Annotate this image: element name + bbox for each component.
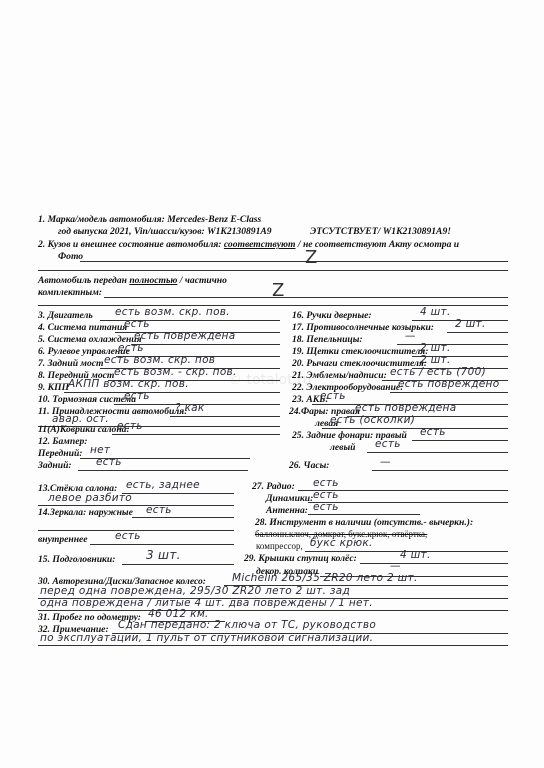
item-value[interactable]: есть повреждена	[134, 331, 235, 342]
tools-value[interactable]: букс крюк.	[310, 538, 373, 549]
windows-value-2[interactable]: левое разбито	[48, 493, 132, 504]
item-value[interactable]: АКПП возм. скр. пов.	[68, 379, 189, 390]
item-value[interactable]: есть возм. скр. пов	[104, 355, 215, 366]
mirrors-label: 14.Зеркала: наружные	[38, 507, 133, 518]
item-value[interactable]: есть возм. - скр. пов.	[114, 367, 237, 378]
item-value[interactable]: 4 шт.	[420, 307, 451, 318]
item-value[interactable]: есть повреждено	[398, 379, 499, 390]
item-value[interactable]: есть	[124, 391, 150, 402]
body-condition-selected: соответствуют	[224, 239, 296, 250]
hubcaps-label: 29. Крышки ступиц колёс:	[244, 553, 357, 564]
speakers-label: Динамики:	[266, 493, 313, 504]
item-label: 12. Бампер:	[38, 436, 87, 447]
item-label: 21. Эмблемы/надписи:	[292, 370, 387, 381]
headrests-value[interactable]: 3 шт.	[146, 550, 181, 561]
item-value[interactable]: есть / есть (700)	[390, 367, 486, 378]
radio-value[interactable]: есть	[313, 478, 339, 489]
field-line	[38, 610, 508, 611]
item-label: Передний:	[38, 448, 83, 459]
item-value[interactable]: 2 шт.	[420, 355, 451, 366]
mirror-inner-value[interactable]: есть	[115, 531, 141, 542]
item-label: 16. Ручки дверные:	[292, 310, 372, 321]
field-line	[122, 493, 234, 494]
tires-value-1[interactable]: Michelin 265/35 ZR20 лето 2 шт.	[232, 573, 418, 584]
komplekt-label: комплектным:	[38, 287, 102, 298]
field-line	[38, 505, 234, 506]
mirror-inner-label: внутреннее	[38, 534, 88, 545]
headrests-label: 15. Подголовники:	[38, 554, 115, 565]
field-line	[132, 517, 234, 518]
item-label: 22. Электрооборудование:	[292, 382, 403, 393]
item-value[interactable]: есть	[117, 421, 143, 432]
tires-value-2[interactable]: перед одна повреждена, 295/30 ZR20 лето …	[40, 586, 350, 597]
item-value[interactable]: есть повреждена	[355, 403, 456, 414]
item-value[interactable]: нет	[90, 445, 110, 456]
item-value[interactable]: есть	[124, 319, 150, 330]
field-line	[367, 452, 508, 453]
item-value[interactable]: есть	[420, 427, 446, 438]
note-value-2[interactable]: по эксплуатации, 1 пульт от спутниковой …	[40, 633, 373, 644]
mirrors-outer-value[interactable]: есть	[146, 505, 172, 516]
vin-correction: ЭТСУТСТВУЕТ/ W1K2130891A9!	[310, 226, 451, 237]
speakers-value[interactable]: есть	[313, 490, 339, 501]
item-label: левый	[330, 442, 355, 453]
item-value[interactable]: есть	[96, 457, 122, 468]
field-line	[122, 564, 234, 565]
item-label: 7. Задний мост	[38, 358, 104, 369]
car-model-label: 1. Марка/модель автомобиля: Mercedes-Ben…	[38, 214, 261, 225]
compressor-label: компрессор,	[256, 541, 303, 552]
field-line	[447, 332, 508, 333]
body-condition-label: 2. Кузов и внешнее состояние автомобиля:…	[38, 239, 459, 250]
z-mark-1: Z	[305, 247, 317, 268]
field-line	[64, 392, 280, 393]
field-line	[308, 514, 420, 515]
divider-line	[38, 270, 508, 271]
item-value[interactable]: есть	[118, 343, 144, 354]
field-line	[412, 440, 508, 441]
item-value[interactable]: ? как	[175, 403, 205, 414]
field-line	[322, 428, 508, 429]
tools-label: 28. Инструмент в наличии (отсутств.- выч…	[255, 517, 473, 528]
item-value[interactable]: есть	[320, 391, 346, 402]
item-label: 26. Часы:	[289, 460, 329, 471]
item-value[interactable]: —	[405, 331, 416, 342]
antenna-label: Антенна:	[266, 505, 308, 516]
item-label: 18. Пепельницы:	[292, 334, 363, 345]
item-label: 3. Двигатель	[38, 310, 93, 321]
radio-label: 27. Радио:	[252, 481, 295, 492]
field-line	[112, 434, 280, 435]
field-line	[372, 470, 508, 471]
item-value[interactable]: 2 шт.	[420, 343, 451, 354]
field-line	[78, 470, 248, 471]
field-line	[390, 392, 508, 393]
komplekt-line	[104, 297, 508, 298]
field-line	[360, 563, 508, 564]
field-line	[170, 416, 280, 417]
field-line	[131, 344, 280, 345]
item-label: 4. Система питания	[38, 322, 127, 333]
item-value[interactable]: есть	[375, 439, 401, 450]
z-mark-2: Z	[272, 280, 284, 301]
item-label: 19. Щетки стеклоочистителя:	[292, 346, 428, 357]
field-line	[90, 544, 234, 545]
transfer-label: Автомобиль передан полностью / частично	[38, 275, 227, 286]
decor-caps-value[interactable]: —	[390, 561, 401, 572]
item-label: Задний:	[38, 460, 72, 471]
item-value[interactable]: 2 шт.	[455, 319, 486, 330]
item-value[interactable]: есть (осколки)	[330, 415, 415, 426]
windows-value[interactable]: есть, заднее	[126, 480, 200, 491]
field-line	[38, 645, 508, 646]
foto-line	[80, 261, 508, 262]
hubcaps-value[interactable]: 4 шт.	[400, 550, 431, 561]
item-value[interactable]: —	[380, 457, 391, 468]
transfer-selected: полностью	[129, 275, 177, 286]
field-line	[397, 344, 508, 345]
item-value[interactable]: есть возм. скр. пов.	[115, 307, 230, 318]
vin-label: год выпуска 2021, Vin/шасси/кузов: W1K21…	[58, 226, 272, 237]
antenna-value[interactable]: есть	[313, 502, 339, 513]
note-value-1[interactable]: Сдан передано: 2 ключа от ТС, руководств…	[118, 620, 376, 631]
